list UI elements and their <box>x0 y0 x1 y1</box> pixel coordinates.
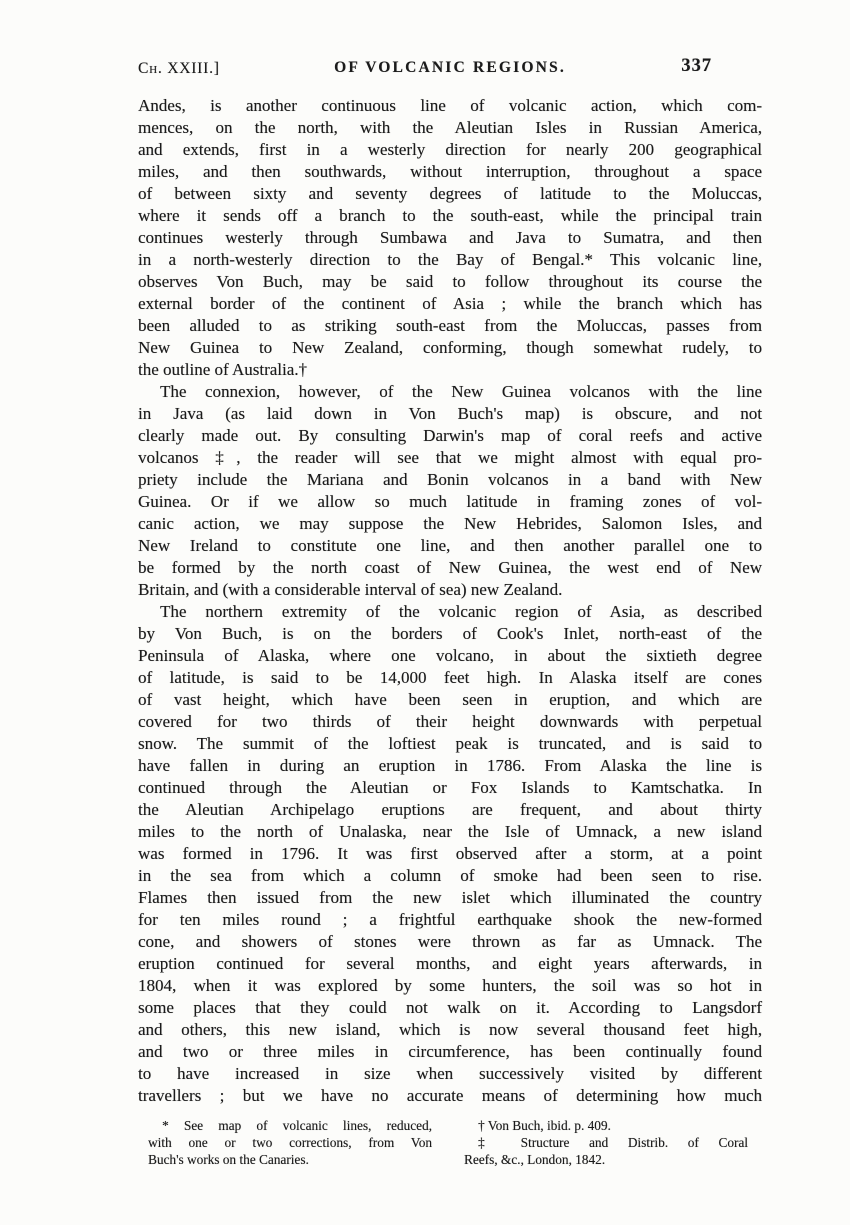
footnotes: * See map of volcanic lines, reduced,wit… <box>138 1118 762 1168</box>
footnote-column-left: * See map of volcanic lines, reduced,wit… <box>148 1118 432 1168</box>
text-line: and others, this new island, which is no… <box>138 1019 762 1041</box>
text-line: the outline of Australia.† <box>138 359 762 381</box>
text-line: volcanos ‡, the reader will see that we … <box>138 447 762 469</box>
paragraph: The northern extremity of the volcanic r… <box>138 601 762 1107</box>
text-line: by Von Buch, is on the borders of Cook's… <box>138 623 762 645</box>
footnote-line: * See map of volcanic lines, reduced, <box>148 1118 432 1135</box>
text-line: in the sea from which a column of smoke … <box>138 865 762 887</box>
text-line: been alluded to as striking south-east f… <box>138 315 762 337</box>
text-line: Flames then issued from the new islet wh… <box>138 887 762 909</box>
paragraph: Andes, is another continuous line of vol… <box>138 95 762 381</box>
body-text: Andes, is another continuous line of vol… <box>138 95 762 1107</box>
text-line: The connexion, however, of the New Guine… <box>138 381 762 403</box>
text-line: continues westerly through Sumbawa and J… <box>138 227 762 249</box>
text-line: observes Von Buch, may be said to follow… <box>138 271 762 293</box>
text-line: priety include the Mariana and Bonin vol… <box>138 469 762 491</box>
text-line: in a north-westerly direction to the Bay… <box>138 249 762 271</box>
text-line: was formed in 1796. It was first observe… <box>138 843 762 865</box>
text-line: be formed by the north coast of New Guin… <box>138 557 762 579</box>
footnote-column-right: † Von Buch, ibid. p. 409.‡ Structure and… <box>464 1118 748 1168</box>
text-line: Peninsula of Alaska, where one volcano, … <box>138 645 762 667</box>
text-line: clearly made out. By consulting Darwin's… <box>138 425 762 447</box>
text-line: of vast height, which have been seen in … <box>138 689 762 711</box>
footnote-line: † Von Buch, ibid. p. 409. <box>464 1118 748 1135</box>
text-line: have fallen in during an eruption in 178… <box>138 755 762 777</box>
text-line: for ten miles round ; a frightful earthq… <box>138 909 762 931</box>
running-title: OF VOLCANIC REGIONS. <box>138 59 762 77</box>
text-line: snow. The summit of the loftiest peak is… <box>138 733 762 755</box>
text-line: travellers ; but we have no accurate mea… <box>138 1085 762 1107</box>
paragraph: The connexion, however, of the New Guine… <box>138 381 762 601</box>
text-line: and two or three miles in circumference,… <box>138 1041 762 1063</box>
footnote-line: Buch's works on the Canaries. <box>148 1152 432 1169</box>
footnote-line: with one or two corrections, from Von <box>148 1135 432 1152</box>
text-line: miles to the north of Unalaska, near the… <box>138 821 762 843</box>
text-line: and extends, first in a westerly directi… <box>138 139 762 161</box>
text-line: canic action, we may suppose the New Heb… <box>138 513 762 535</box>
text-line: to have increased in size when successiv… <box>138 1063 762 1085</box>
page-header: Ch. XXIII.] OF VOLCANIC REGIONS. 337 <box>138 58 762 79</box>
text-line: the Aleutian Archipelago eruptions are f… <box>138 799 762 821</box>
page-content: Ch. XXIII.] OF VOLCANIC REGIONS. 337 And… <box>138 58 762 1168</box>
text-line: mences, on the north, with the Aleutian … <box>138 117 762 139</box>
text-line: New Ireland to constitute one line, and … <box>138 535 762 557</box>
text-line: continued through the Aleutian or Fox Is… <box>138 777 762 799</box>
text-line: Guinea. Or if we allow so much latitude … <box>138 491 762 513</box>
text-line: where it sends off a branch to the south… <box>138 205 762 227</box>
book-page: Ch. XXIII.] OF VOLCANIC REGIONS. 337 And… <box>0 0 850 1225</box>
text-line: eruption continued for several months, a… <box>138 953 762 975</box>
text-line: external border of the continent of Asia… <box>138 293 762 315</box>
text-line: of latitude, is said to be 14,000 feet h… <box>138 667 762 689</box>
text-line: covered for two thirds of their height d… <box>138 711 762 733</box>
text-line: some places that they could not walk on … <box>138 997 762 1019</box>
text-line: New Guinea to New Zealand, conforming, t… <box>138 337 762 359</box>
text-line: in Java (as laid down in Von Buch's map)… <box>138 403 762 425</box>
text-line: 1804, when it was explored by some hunte… <box>138 975 762 997</box>
text-line: Britain, and (with a considerable interv… <box>138 579 762 601</box>
text-line: The northern extremity of the volcanic r… <box>138 601 762 623</box>
text-line: cone, and showers of stones were thrown … <box>138 931 762 953</box>
text-line: of between sixty and seventy degrees of … <box>138 183 762 205</box>
footnote-line: ‡ Structure and Distrib. of Coral <box>464 1135 748 1152</box>
page-number: 337 <box>681 56 712 77</box>
text-line: miles, and then southwards, without inte… <box>138 161 762 183</box>
text-line: Andes, is another continuous line of vol… <box>138 95 762 117</box>
footnote-line: Reefs, &c., London, 1842. <box>464 1152 748 1169</box>
